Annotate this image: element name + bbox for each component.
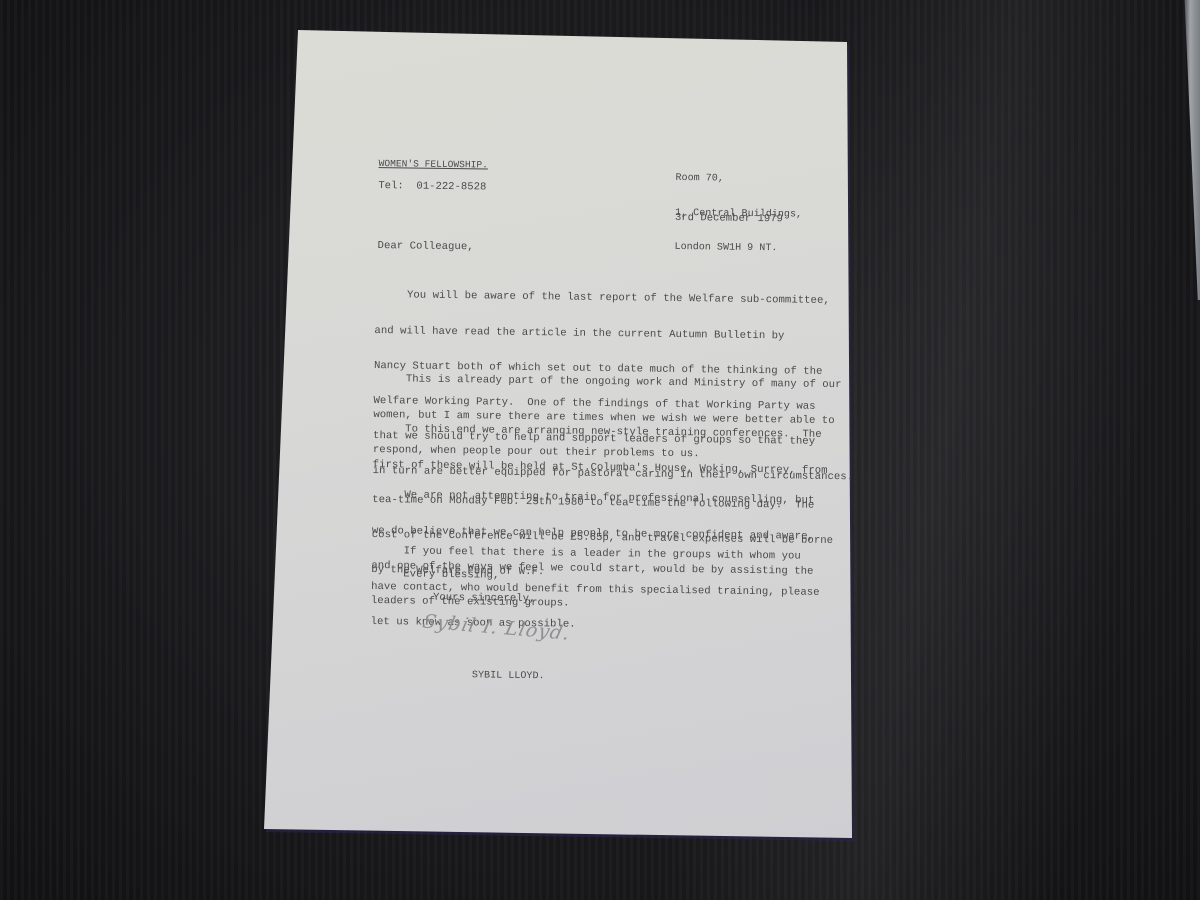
text-line: To this end we are arranging new-style t… xyxy=(373,424,834,442)
closing: Every blessing, xyxy=(403,569,499,582)
letter-date: 3rd December 1979 xyxy=(675,213,783,226)
typed-signatory-name: SYBIL LLOYD. xyxy=(472,670,545,683)
salutation: Dear Colleague, xyxy=(377,241,473,254)
valediction: Yours sincerely, xyxy=(433,593,536,606)
text-line: You will be aware of the last report of … xyxy=(375,290,856,308)
paragraph-request: If you feel that there is a leader in th… xyxy=(370,523,820,658)
text-line: We are not attempting to train for profe… xyxy=(372,490,814,507)
text-line: and will have read the article in the cu… xyxy=(374,326,855,344)
binder-edge xyxy=(1178,0,1200,300)
letter-content: WOMEN'S FELLOWSHIP. Tel: 01-222-8528 Roo… xyxy=(291,60,820,767)
text-line: If you feel that there is a leader in th… xyxy=(371,546,820,564)
letterhead-organization: WOMEN'S FELLOWSHIP. xyxy=(379,158,488,171)
address-line: Room 70, xyxy=(675,173,802,186)
letterhead-telephone: Tel: 01-222-8528 xyxy=(378,181,486,194)
address-line: London SW1H 9 NT. xyxy=(675,242,802,255)
text-line: This is already part of the ongoing work… xyxy=(374,374,842,392)
